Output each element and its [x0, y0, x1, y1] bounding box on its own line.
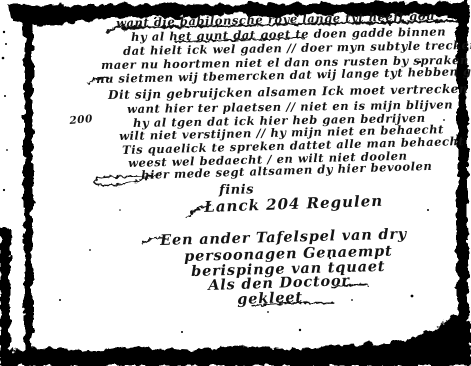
manuscript-scan-page: want die babilonsche roye lange tyt heef… [0, 0, 471, 366]
scan-border-left [0, 228, 10, 366]
finis-label: finis [219, 183, 254, 197]
title-line: gekleet [237, 291, 303, 308]
margin-note: 200 [69, 114, 93, 127]
scan-border-right-top [448, 3, 468, 19]
scan-fold-line-left [24, 12, 33, 356]
